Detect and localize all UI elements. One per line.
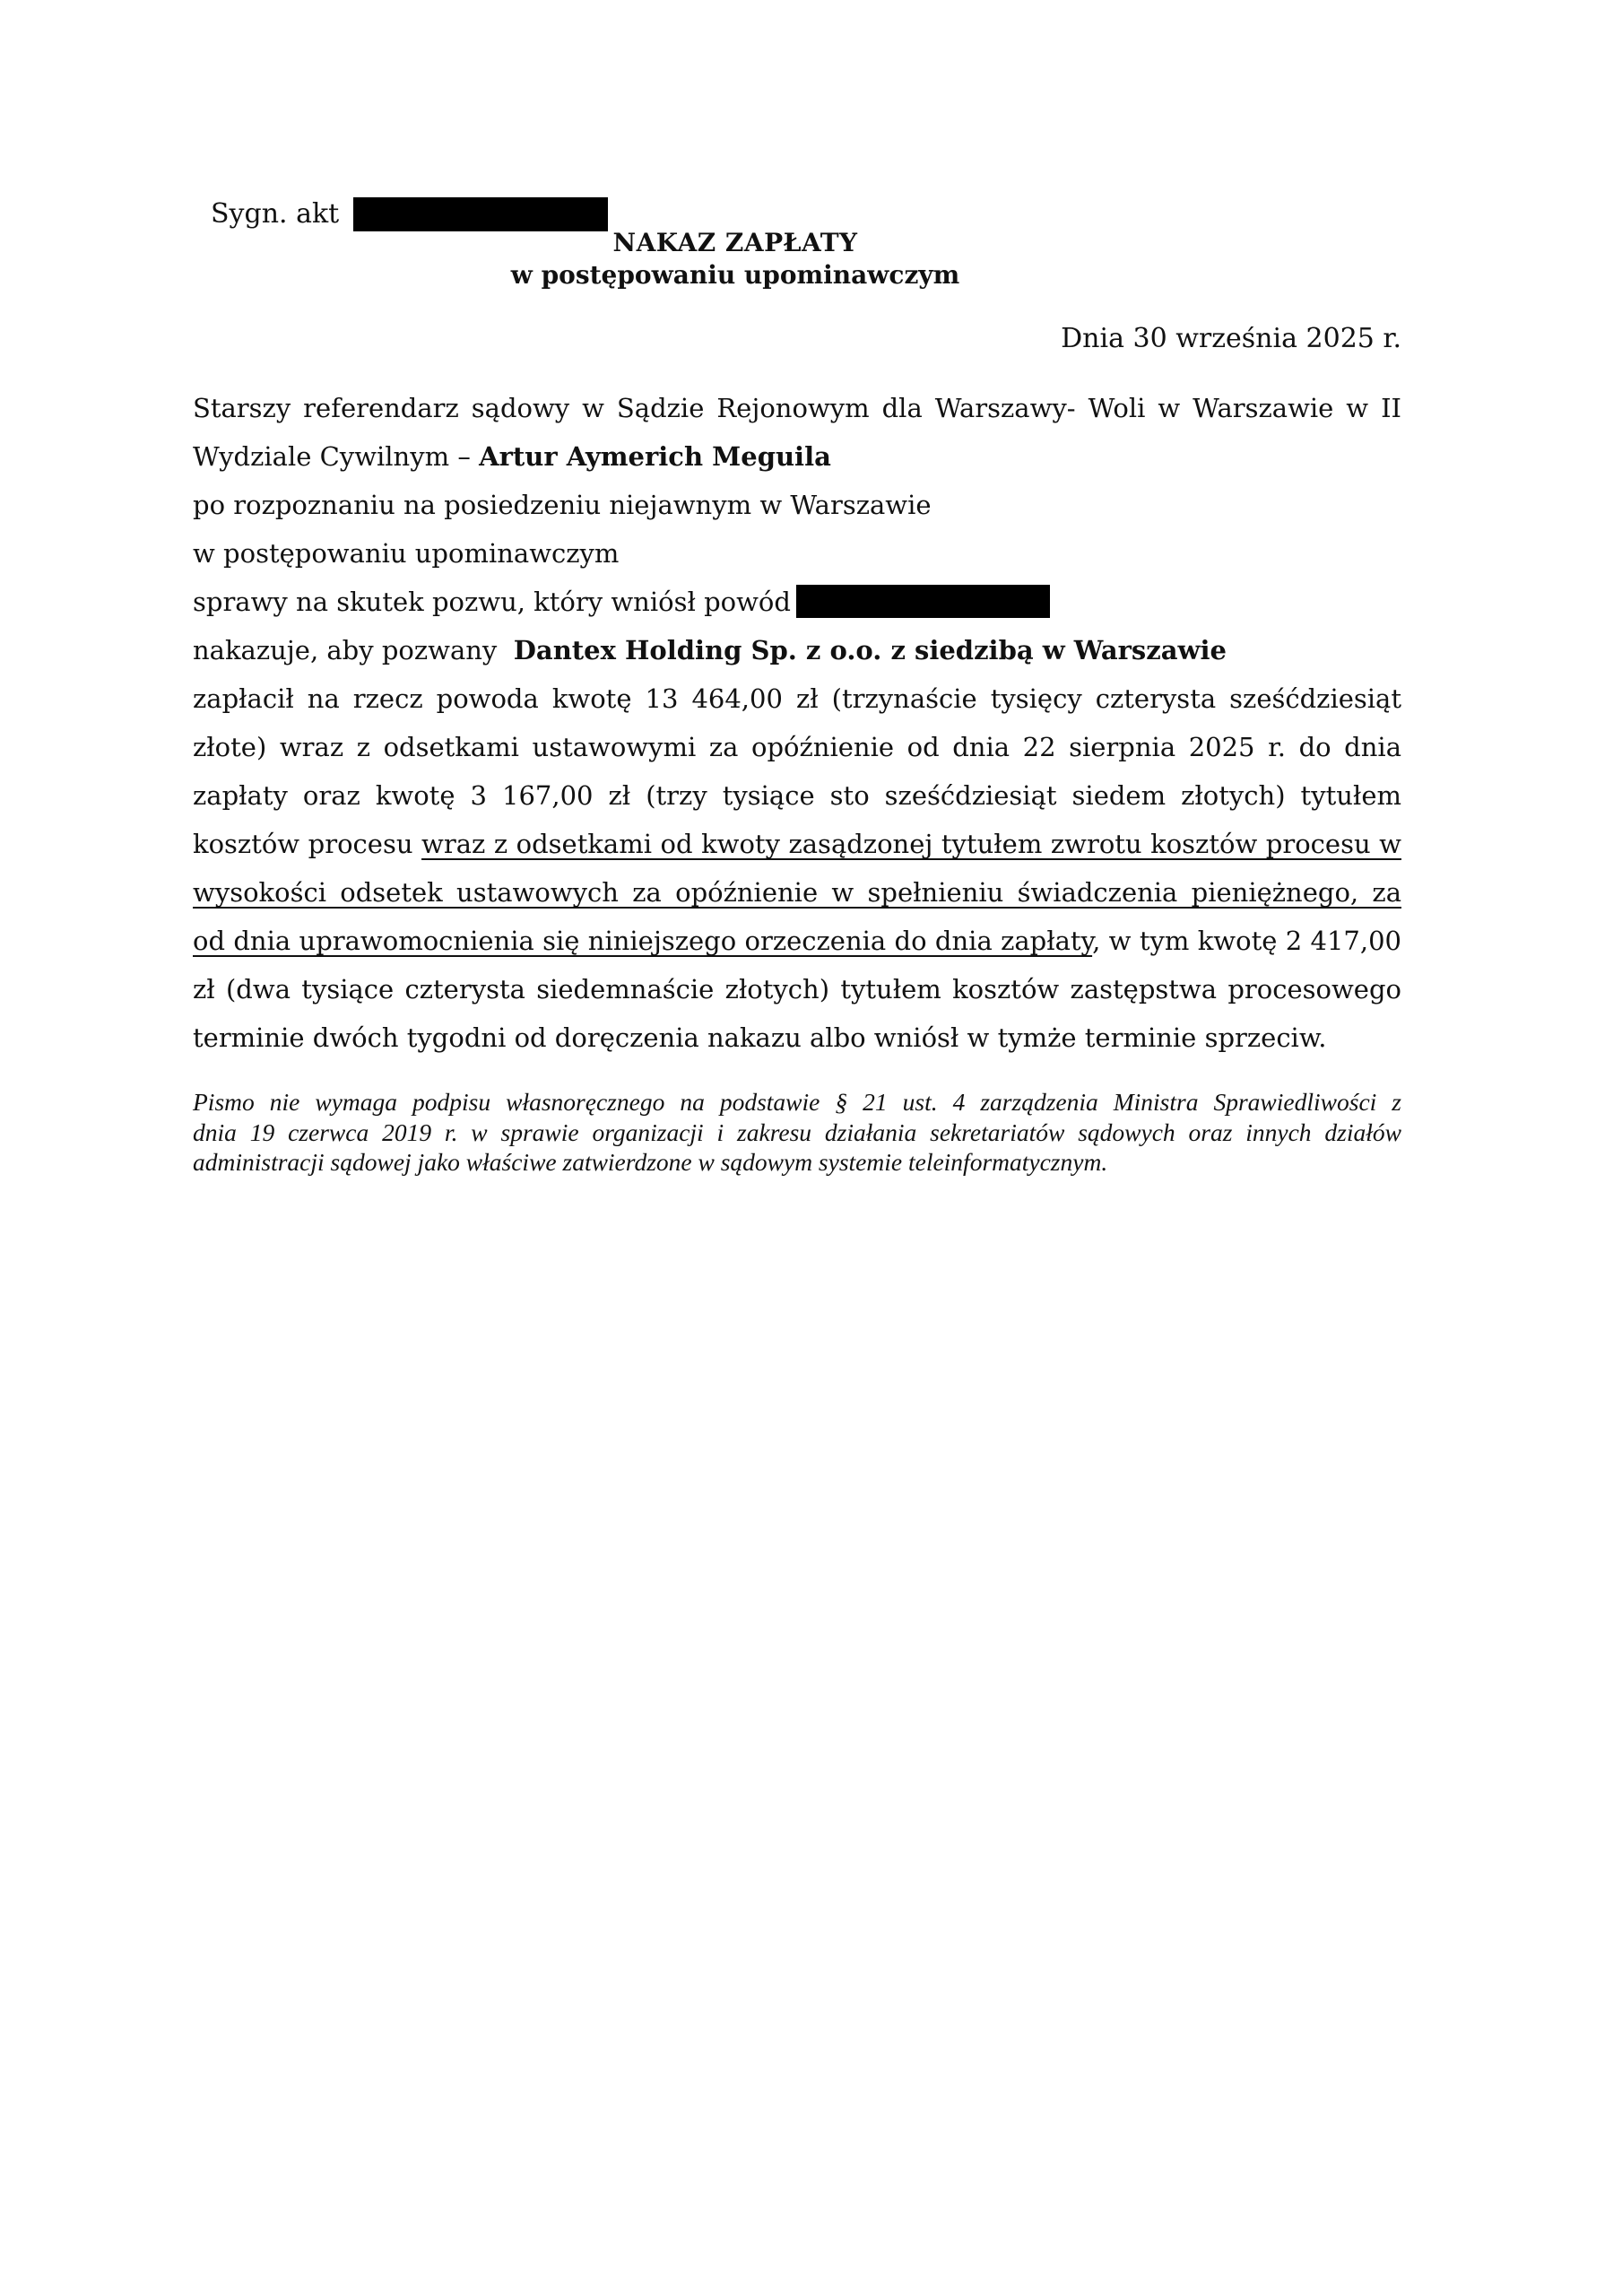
body-line: od dnia uprawomocnienia się niniejszego … bbox=[193, 917, 1401, 965]
court-division-text: Wydziale Cywilnym – bbox=[193, 441, 479, 472]
body-line: nakazuje, aby pozwany Dantex Holding Sp.… bbox=[193, 626, 1401, 674]
referendary-name: Artur Aymerich Meguila bbox=[479, 441, 831, 472]
plaintiff-label: sprawy na skutek pozwu, który wniósł pow… bbox=[193, 587, 791, 617]
body-line: zapłacił na rzecz powoda kwotę 13 464,00… bbox=[193, 674, 1401, 723]
body-line: terminie dwóch tygodni od doręczenia nak… bbox=[193, 1013, 1401, 1062]
underlined-interest-clause: wraz z odsetkami od kwoty zasądzonej tyt… bbox=[421, 829, 1401, 859]
document-title: NAKAZ ZAPŁATY bbox=[0, 228, 1470, 257]
document-page: Sygn. akt NAKAZ ZAPŁATY w postępowaniu u… bbox=[0, 0, 1622, 2296]
body-line: Starszy referendarz sądowy w Sądzie Rejo… bbox=[193, 384, 1401, 432]
representation-amount-text: , w tym kwotę 2 417,00 bbox=[1092, 926, 1401, 956]
defendant-label: nakazuje, aby pozwany bbox=[193, 635, 506, 665]
notice-line: administracji sądowej jako właściwe zatw… bbox=[193, 1147, 1401, 1178]
body-line: złote) wraz z odsetkami ustawowymi za op… bbox=[193, 723, 1401, 771]
body-line: kosztów procesu wraz z odsetkami od kwot… bbox=[193, 820, 1401, 868]
document-date: Dnia 30 września 2025 r. bbox=[1061, 323, 1401, 354]
redacted-case-number bbox=[353, 197, 608, 231]
body-line: wysokości odsetek ustawowych za opóźnien… bbox=[193, 868, 1401, 917]
costs-text: kosztów procesu bbox=[193, 829, 421, 859]
body-line: w postępowaniu upominawczym bbox=[193, 529, 1401, 578]
body-line: po rozpoznaniu na posiedzeniu niejawnym … bbox=[193, 481, 1401, 529]
body-line: Wydziale Cywilnym – Artur Aymerich Megui… bbox=[193, 432, 1401, 481]
signature-notice: Pismo nie wymaga podpisu własnoręcznego … bbox=[193, 1087, 1401, 1178]
redacted-plaintiff bbox=[796, 585, 1050, 618]
case-signature: Sygn. akt bbox=[211, 197, 608, 231]
underlined-interest-clause: wysokości odsetek ustawowych za opóźnien… bbox=[193, 877, 1401, 917]
case-signature-label: Sygn. akt bbox=[211, 198, 339, 230]
order-body: Starszy referendarz sądowy w Sądzie Rejo… bbox=[193, 384, 1401, 1062]
defendant-name: Dantex Holding Sp. z o.o. z siedzibą w W… bbox=[514, 635, 1227, 665]
document-subtitle: w postępowaniu upominawczym bbox=[0, 260, 1470, 290]
underlined-interest-clause: od dnia uprawomocnienia się niniejszego … bbox=[193, 926, 1092, 956]
body-line: zł (dwa tysiące czterysta siedemnaście z… bbox=[193, 965, 1401, 1013]
notice-line: Pismo nie wymaga podpisu własnoręcznego … bbox=[193, 1087, 1401, 1118]
body-line: sprawy na skutek pozwu, który wniósł pow… bbox=[193, 578, 1401, 626]
body-line: zapłaty oraz kwotę 3 167,00 zł (trzy tys… bbox=[193, 771, 1401, 820]
notice-line: dnia 19 czerwca 2019 r. w sprawie organi… bbox=[193, 1118, 1401, 1148]
